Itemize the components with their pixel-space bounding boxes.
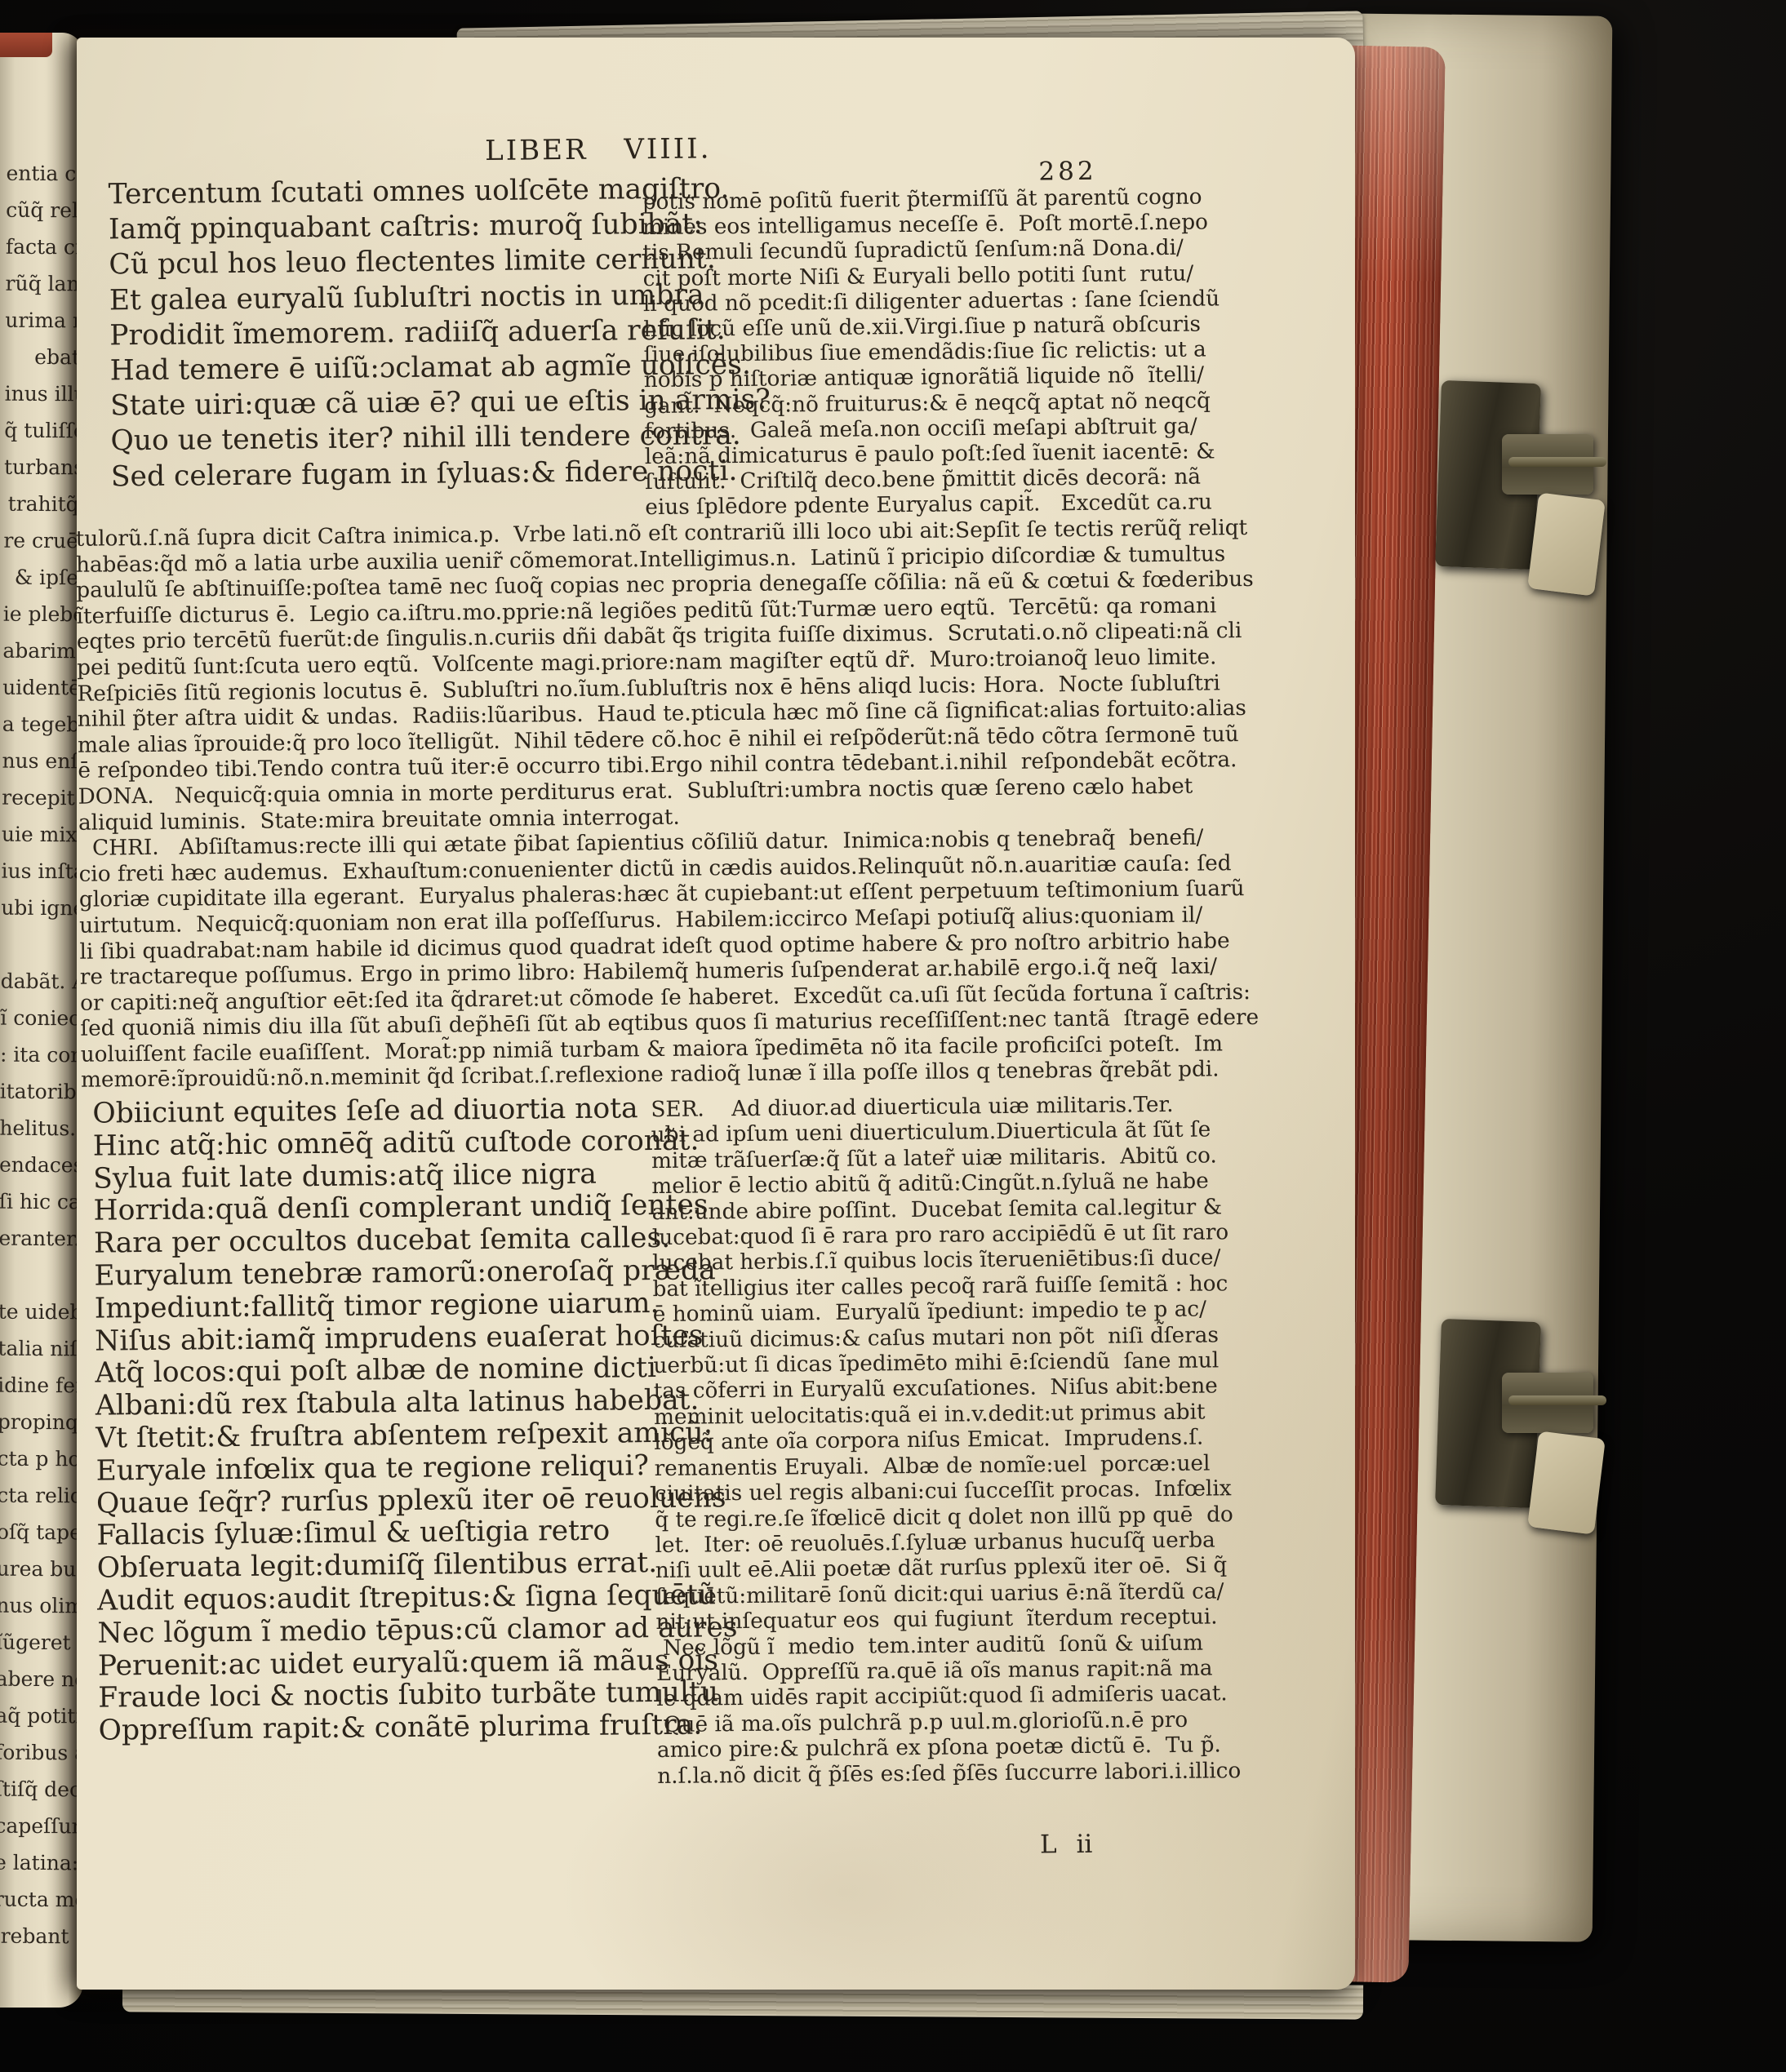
book-page: LIBER VIIII. 282 Tercentum ſcutati omnes… <box>77 38 1355 1990</box>
commentary-block-bottom-right: SER. Ad diuor.ad diuerticula uiæ militar… <box>651 1092 1228 1790</box>
commentary-block-top-right: potis nomē poſitũ fuerit p̃termiſſũ ãt p… <box>642 185 1209 521</box>
page-text-layer: LIBER VIIII. 282 Tercentum ſcutati omnes… <box>69 32 1366 1996</box>
verse-block-top: Tercentum ſcutati omnes uolſcēte magiſtr… <box>108 172 650 495</box>
facing-page-red-edge <box>0 33 52 57</box>
book-clasp-bottom <box>1438 1320 1618 1549</box>
clasp-pin <box>1508 457 1606 467</box>
quire-signature: L ii <box>1040 1830 1093 1860</box>
commentary-block-full-width: tulorũ.ſ.nã ſupra dicit Caſtra inimica.p… <box>76 516 1249 1094</box>
folio-number: 282 <box>1038 157 1097 187</box>
book-photograph: entia colla.cũq̃ reliquitfacta cruorerũq… <box>0 0 1786 2072</box>
facing-page-edge: entia colla.cũq̃ reliquitfacta cruorerũq… <box>0 33 83 2008</box>
book-clasp-top <box>1438 382 1618 610</box>
clasp-leather-keeper <box>1527 1431 1606 1534</box>
clasp-leather-keeper <box>1527 492 1606 596</box>
clasp-pin <box>1508 1395 1606 1405</box>
facing-page-text-fragments: entia colla.cũq̃ reliquitfacta cruorerũq… <box>0 155 82 1955</box>
verse-block-bottom: Obiiciunt equites ſeſe ad diuortia notaH… <box>92 1093 670 1748</box>
running-title: LIBER VIIII. <box>485 132 712 167</box>
